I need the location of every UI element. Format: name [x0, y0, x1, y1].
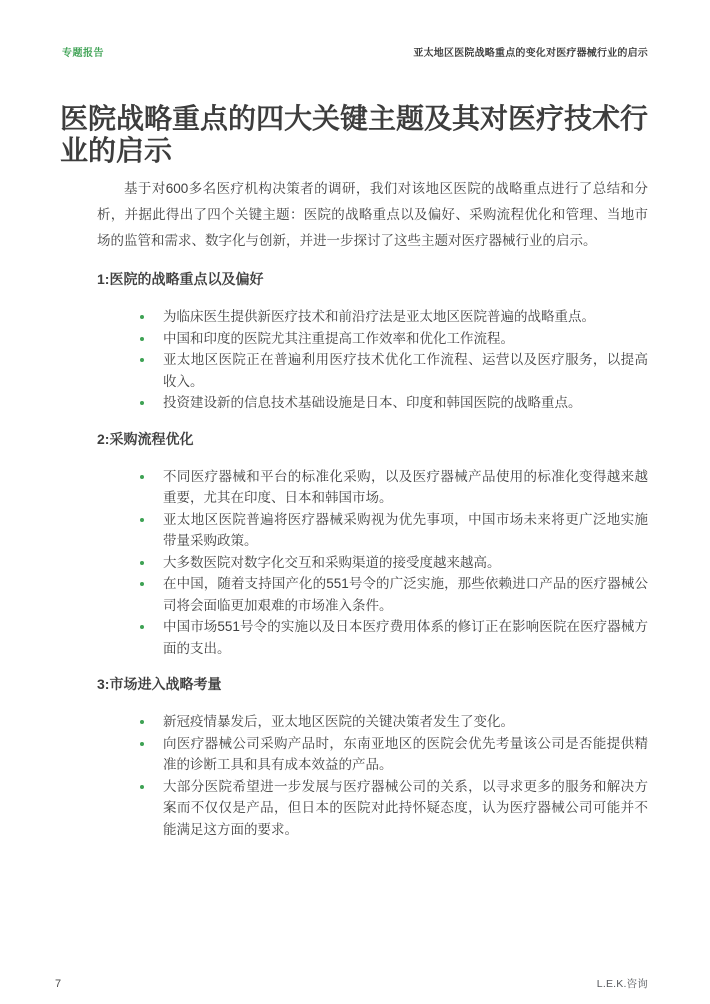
bullet-item: 新冠疫情暴发后，亚太地区医院的关键决策者发生了变化。 [97, 711, 648, 733]
bullet-item: 大多数医院对数字化交互和采购渠道的接受度越来越高。 [97, 552, 648, 574]
content-column: 基于对600多名医疗机构决策者的调研，我们对该地区医院的战略重点进行了总结和分析… [97, 150, 648, 840]
bullet-item: 投资建设新的信息技术基础设施是日本、印度和韩国医院的战略重点。 [97, 392, 648, 414]
bullet-item: 中国和印度的医院尤其注重提高工作效率和优化工作流程。 [97, 328, 648, 350]
bullet-list: 为临床医生提供新医疗技术和前沿疗法是亚太地区医院普遍的战略重点。 中国和印度的医… [97, 306, 648, 414]
page-footer: 7 L.E.K.咨询 [55, 976, 648, 991]
report-page: 专题报告 亚太地区医院战略重点的变化对医疗器械行业的启示 医院战略重点的四大关键… [0, 0, 710, 1004]
bullet-item: 亚太地区医院正在普遍利用医疗技术优化工作流程、运营以及医疗服务，以提高收入。 [97, 349, 648, 392]
intro-paragraph: 基于对600多名医疗机构决策者的调研，我们对该地区医院的战略重点进行了总结和分析… [97, 176, 648, 254]
header-doc-title: 亚太地区医院战略重点的变化对医疗器械行业的启示 [413, 44, 648, 59]
section-heading: 3:市场进入战略考量 [97, 668, 648, 693]
bullet-item: 亚太地区医院普遍将医疗器械采购视为优先事项，中国市场未来将更广泛地实施带量采购政… [97, 509, 648, 552]
section-market-entry-strategy: 3:市场进入战略考量 新冠疫情暴发后，亚太地区医院的关键决策者发生了变化。 向医… [97, 668, 648, 840]
page-header: 专题报告 亚太地区医院战略重点的变化对医疗器械行业的启示 [62, 44, 648, 59]
header-topic-label: 专题报告 [62, 44, 104, 59]
bullet-item: 为临床医生提供新医疗技术和前沿疗法是亚太地区医院普遍的战略重点。 [97, 306, 648, 328]
bullet-item: 在中国，随着支持国产化的551号令的广泛实施，那些依赖进口产品的医疗器械公司将会… [97, 573, 648, 616]
bullet-list: 不同医疗器械和平台的标准化采购，以及医疗器械产品使用的标准化变得越来越重要，尤其… [97, 466, 648, 660]
bullet-item: 不同医疗器械和平台的标准化采购，以及医疗器械产品使用的标准化变得越来越重要，尤其… [97, 466, 648, 509]
bullet-item: 中国市场551号令的实施以及日本医疗费用体系的修订正在影响医院在医疗器械方面的支… [97, 616, 648, 659]
bullet-item: 向医疗器械公司采购产品时，东南亚地区的医院会优先考量该公司是否能提供精准的诊断工… [97, 733, 648, 776]
section-procurement-optimization: 2:采购流程优化 不同医疗器械和平台的标准化采购，以及医疗器械产品使用的标准化变… [97, 423, 648, 660]
bullet-item: 大部分医院希望进一步发展与医疗器械公司的关系，以寻求更多的服务和解决方案而不仅仅… [97, 776, 648, 841]
section-heading: 1:医院的战略重点以及偏好 [97, 263, 648, 288]
section-hospital-priorities: 1:医院的战略重点以及偏好 为临床医生提供新医疗技术和前沿疗法是亚太地区医院普遍… [97, 263, 648, 414]
bullet-list: 新冠疫情暴发后，亚太地区医院的关键决策者发生了变化。 向医疗器械公司采购产品时，… [97, 711, 648, 840]
section-heading: 2:采购流程优化 [97, 423, 648, 448]
brand-name: L.E.K.咨询 [597, 976, 648, 991]
page-number: 7 [55, 978, 61, 990]
